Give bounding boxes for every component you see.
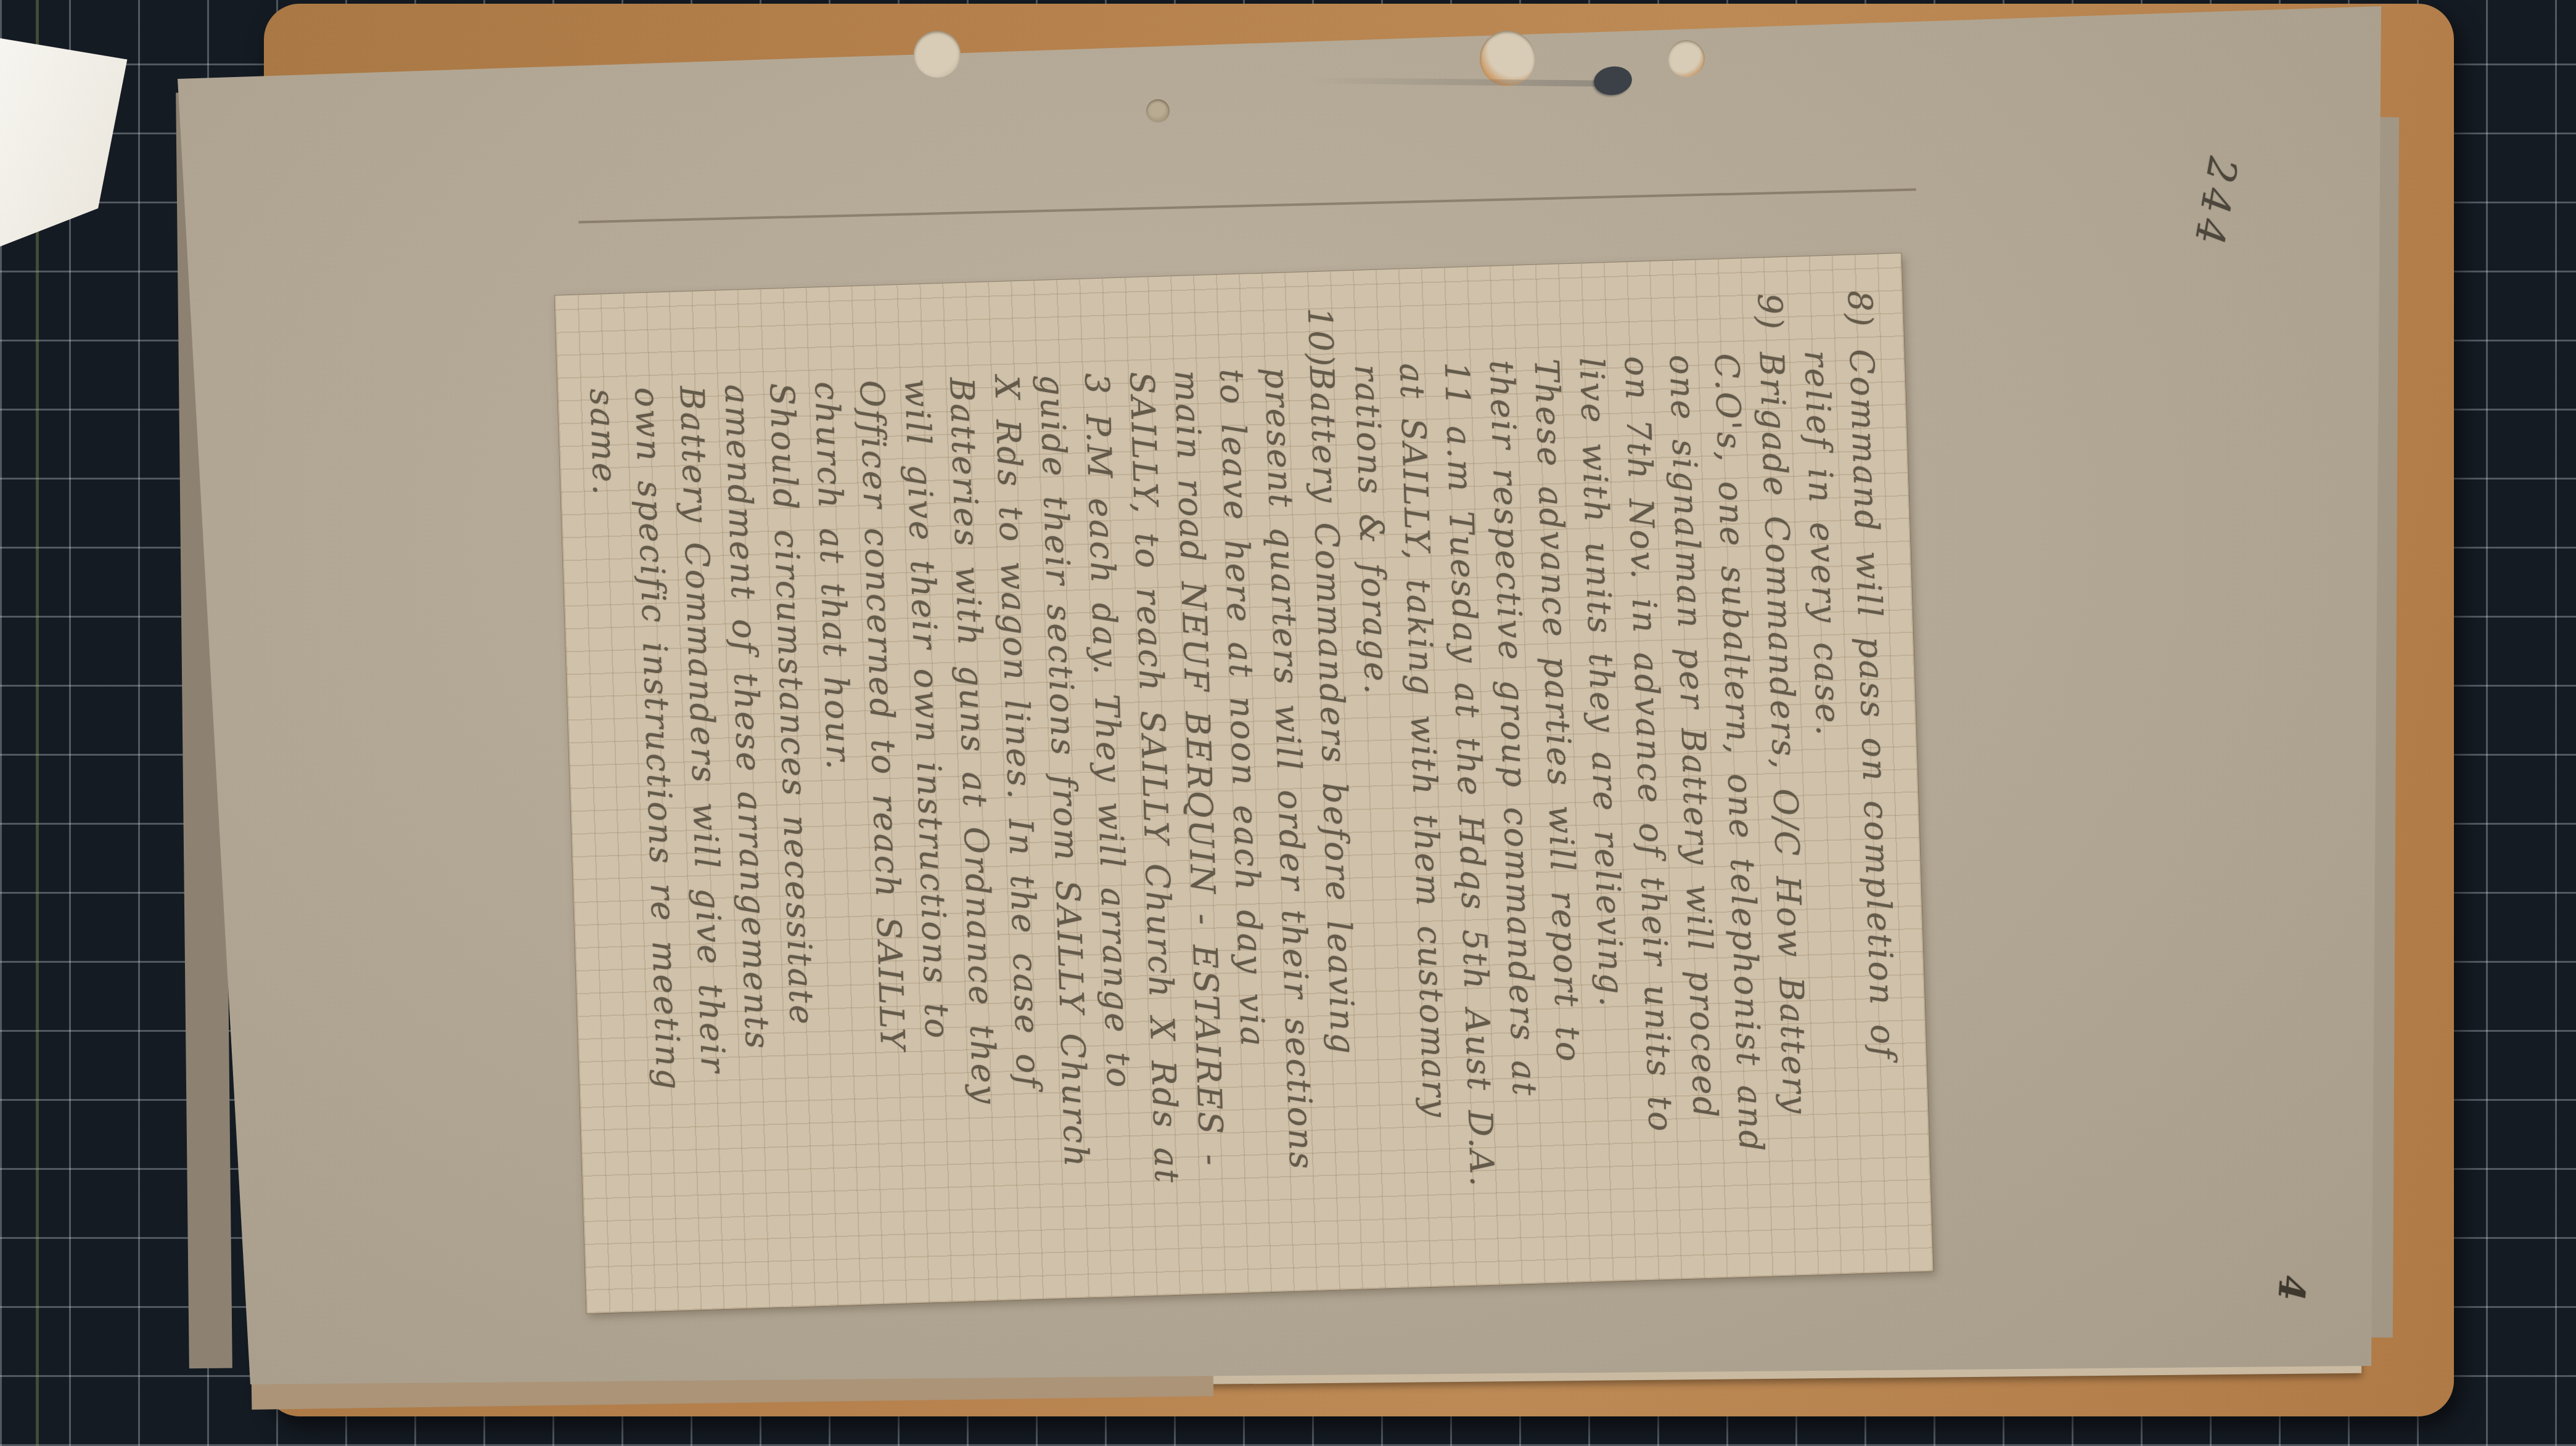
line-item-number [1477, 301, 1524, 361]
punch-hole [914, 31, 961, 78]
line-item-number [847, 321, 894, 381]
page-number: 4 [2270, 1274, 2313, 1302]
line-item-number [1432, 303, 1479, 362]
line-item-number: 9) [1747, 293, 1794, 353]
line-item-number [937, 318, 984, 378]
line-item-number [712, 325, 759, 385]
line-item-number [577, 329, 624, 389]
line-item-number [802, 322, 849, 382]
squared-note-sheet: 8)Command will pass on completion ofreli… [555, 253, 1934, 1313]
line-item-number [1027, 315, 1074, 375]
line-item-number [757, 324, 804, 383]
line-item-number [1252, 308, 1299, 368]
line-item-number [982, 317, 1029, 377]
punch-hole [1146, 99, 1170, 123]
line-item-number [1522, 300, 1569, 359]
line-item-number [1207, 309, 1254, 369]
line-item-number [1342, 305, 1389, 365]
line-item-number: 8) [1837, 290, 1884, 349]
line-item-number [1792, 291, 1839, 351]
punch-hole [1480, 31, 1535, 86]
punch-hole [1668, 40, 1705, 77]
handwriting-block: 8)Command will pass on completion ofreli… [574, 290, 1912, 1292]
line-item-number [1567, 298, 1614, 358]
line-item-number [1162, 311, 1209, 370]
line-item-number [1072, 314, 1119, 374]
line-item-number [667, 327, 714, 386]
photo-stage: 244 4 8)Command will pass on completion … [0, 0, 2576, 1446]
line-item-number [1612, 297, 1659, 357]
line-item-number [1387, 304, 1434, 364]
line-text: same. [579, 388, 627, 497]
line-item-number [1657, 295, 1704, 355]
line-item-number [1117, 312, 1164, 372]
line-item-number: 10) [1297, 307, 1344, 367]
line-item-number [622, 328, 669, 388]
line-item-number [1702, 294, 1749, 354]
line-item-number [892, 319, 939, 379]
